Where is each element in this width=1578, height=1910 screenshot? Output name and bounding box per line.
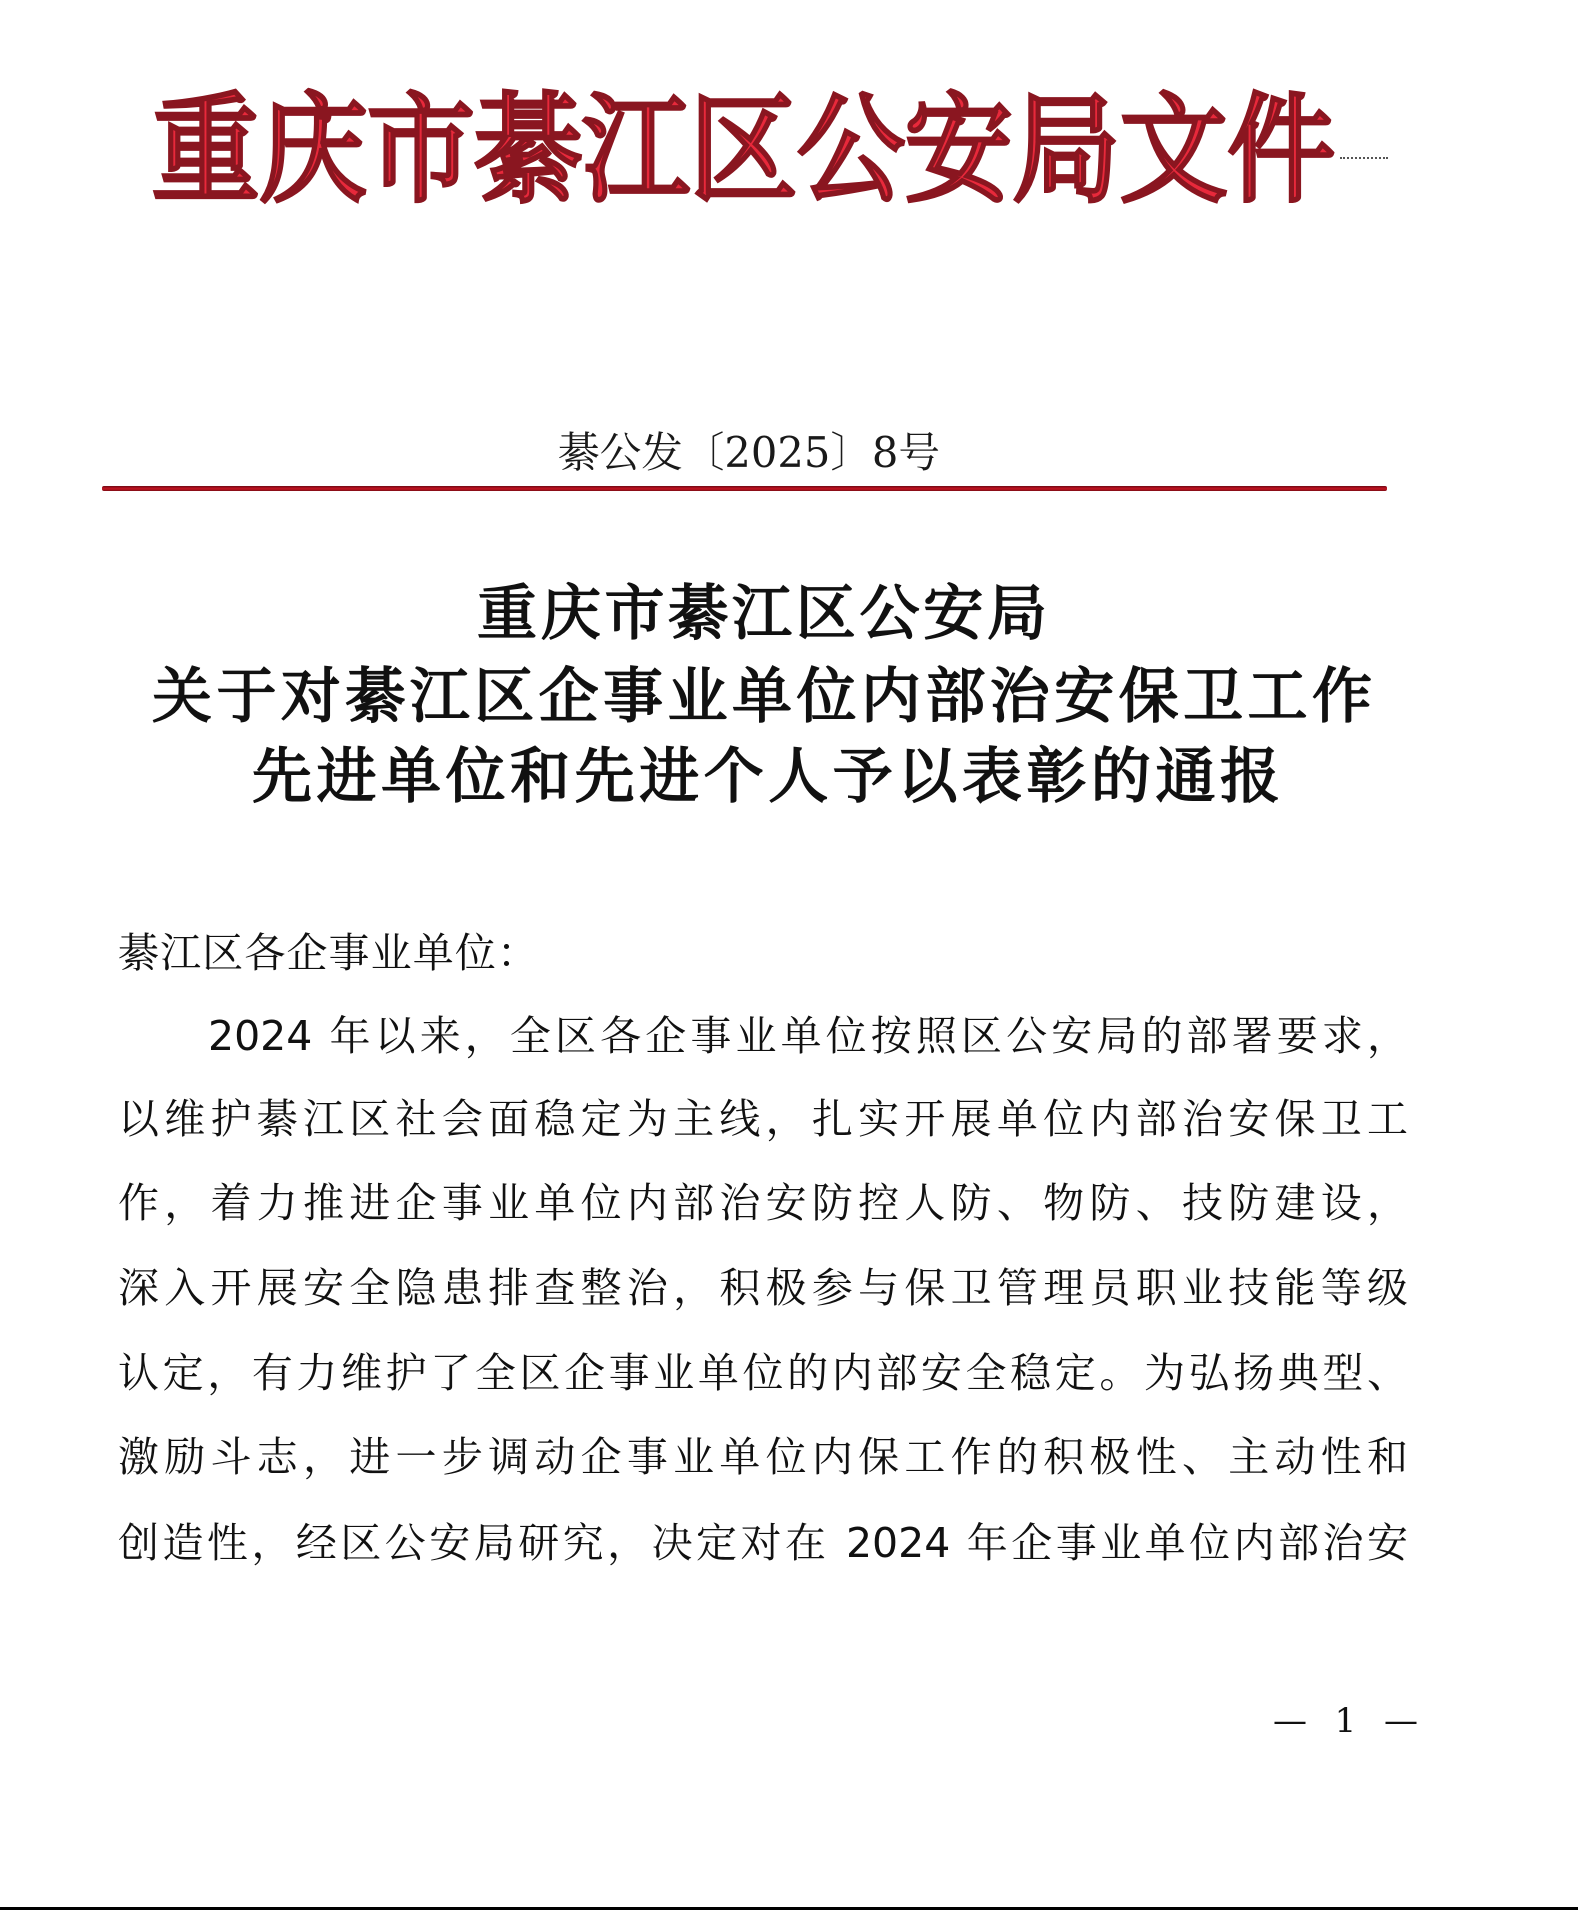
body-line-text: 2024 年以来，全区各企事业单位按照区公安局的部署要求，: [208, 1011, 1408, 1061]
body-line-text: 深入开展安全隐患排查整治，积极参与保卫管理员职业技能等级: [118, 1263, 1408, 1313]
title-line-1: 重庆市綦江区公安局: [477, 583, 1047, 645]
salutation-text: 綦江区各企事业单位：: [118, 928, 538, 978]
document-number: 綦公发〔2025〕8号: [558, 428, 940, 478]
masthead-dash-mark: [1340, 157, 1388, 159]
masthead-text: 重庆市綦江区公安局文件: [152, 82, 1335, 218]
title-line-3-text: 先进单位和先进个人予以表彰的通报: [252, 746, 1280, 808]
body-line-text: 作，着力推进企事业单位内部治安防控人防、物防、技防建设，: [118, 1178, 1408, 1228]
body-line-text: 认定，有力维护了全区企事业单位的内部安全稳定。为弘扬典型、: [118, 1348, 1408, 1398]
body-line-text: 创造性，经区公安局研究，决定对在 2024 年企事业单位内部治安: [118, 1518, 1408, 1568]
body-line: 创造性，经区公安局研究，决定对在 2024 年企事业单位内部治安: [118, 1518, 1408, 1568]
page-number: — 1 —: [1273, 1700, 1418, 1742]
body-line: 认定，有力维护了全区企事业单位的内部安全稳定。为弘扬典型、: [118, 1348, 1408, 1398]
salutation: 綦江区各企事业单位：: [118, 928, 538, 978]
page-number-text: — 1 —: [1273, 1700, 1418, 1742]
red-separator-rule: [102, 486, 1387, 491]
document-number-text: 綦公发〔2025〕8号: [558, 428, 940, 478]
body-line: 激励斗志，进一步调动企事业单位内保工作的积极性、主动性和: [118, 1432, 1408, 1482]
title-line-2: 关于对綦江区企事业单位内部治安保卫工作: [152, 666, 1372, 728]
masthead-title: 重庆市綦江区公安局文件: [152, 82, 1335, 218]
body-line: 以维护綦江区社会面稳定为主线，扎实开展单位内部治安保卫工: [118, 1094, 1408, 1144]
body-line: 深入开展安全隐患排查整治，积极参与保卫管理员职业技能等级: [118, 1263, 1408, 1313]
title-line-3: 先进单位和先进个人予以表彰的通报: [252, 746, 1280, 808]
body-line-text: 以维护綦江区社会面稳定为主线，扎实开展单位内部治安保卫工: [118, 1094, 1408, 1144]
body-line: 2024 年以来，全区各企事业单位按照区公安局的部署要求，: [208, 1011, 1408, 1061]
title-line-1-text: 重庆市綦江区公安局: [477, 583, 1047, 645]
body-line: 作，着力推进企事业单位内部治安防控人防、物防、技防建设，: [118, 1178, 1408, 1228]
title-line-2-text: 关于对綦江区企事业单位内部治安保卫工作: [152, 666, 1372, 728]
body-line-text: 激励斗志，进一步调动企事业单位内保工作的积极性、主动性和: [118, 1432, 1408, 1482]
